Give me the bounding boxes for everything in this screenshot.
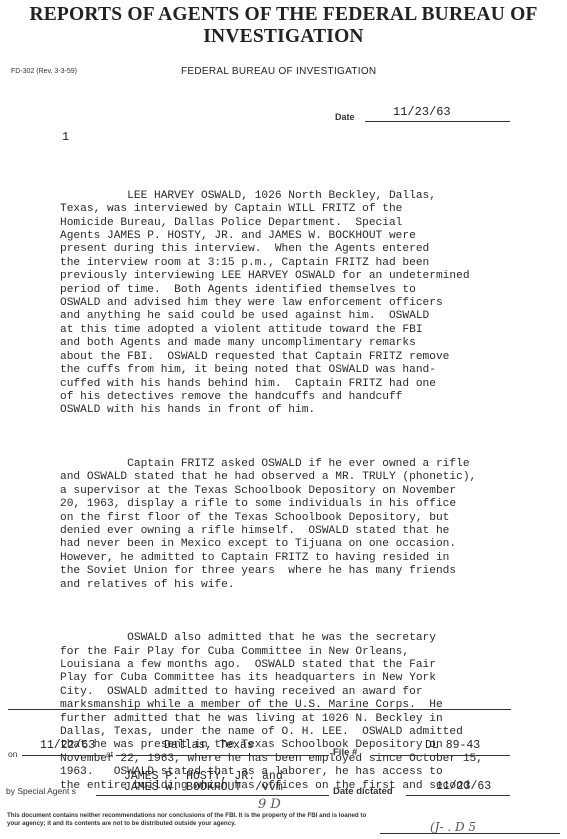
date-label: Date <box>335 112 355 122</box>
page-number: 1 <box>62 130 69 144</box>
form-id: FD-302 (Rev. 3-3-59) <box>11 68 77 75</box>
paragraph-2: Captain FRITZ asked OSWALD if he ever ow… <box>60 458 560 592</box>
agency-heading: FEDERAL BUREAU OF INVESTIGATION <box>181 66 376 77</box>
on-label: on <box>8 749 17 759</box>
dictated-underline <box>406 795 510 796</box>
file-underline <box>372 755 510 756</box>
notice-line-1: This document contains neither recommend… <box>7 812 557 820</box>
on-underline <box>22 755 104 756</box>
report-body: LEE HARVEY OSWALD, 1026 North Beckley, D… <box>60 163 560 820</box>
report-date: Date 11/23/63 <box>335 105 510 125</box>
paragraph-3: OSWALD also admitted that he was the sec… <box>60 632 560 793</box>
report-banner: REPORTS OF AGENTS OF THE FEDERAL BUREAU … <box>0 4 567 48</box>
banner-line-2: INVESTIGATION <box>0 26 567 48</box>
at-underline <box>116 755 329 756</box>
footer-divider <box>8 709 511 710</box>
agent-line-2: JAMES W. BOOKHOUT /vvm <box>124 781 283 794</box>
agent-label: by Special Agent s <box>6 786 76 796</box>
at-value: Dallas, Texas <box>164 739 254 752</box>
handwritten-mark: 9 D <box>258 797 281 812</box>
agent-underline <box>96 795 329 796</box>
file-value: DL 89-43 <box>425 739 480 752</box>
paragraph-1: LEE HARVEY OSWALD, 1026 North Beckley, D… <box>60 190 560 418</box>
banner-line-1: REPORTS OF AGENTS OF THE FEDERAL BUREAU … <box>0 4 567 26</box>
date-underline <box>365 121 510 122</box>
on-value: 11/22/63 <box>40 739 95 752</box>
at-label: at <box>106 749 113 759</box>
dictated-label: Date dictated <box>333 786 393 797</box>
dictated-value: 11/23/63 <box>436 780 491 793</box>
bottom-underline <box>380 833 560 834</box>
handwritten-corner-mark: (J- . D 5 <box>430 820 476 834</box>
date-value: 11/23/63 <box>393 105 451 119</box>
file-label: File # <box>333 747 357 758</box>
